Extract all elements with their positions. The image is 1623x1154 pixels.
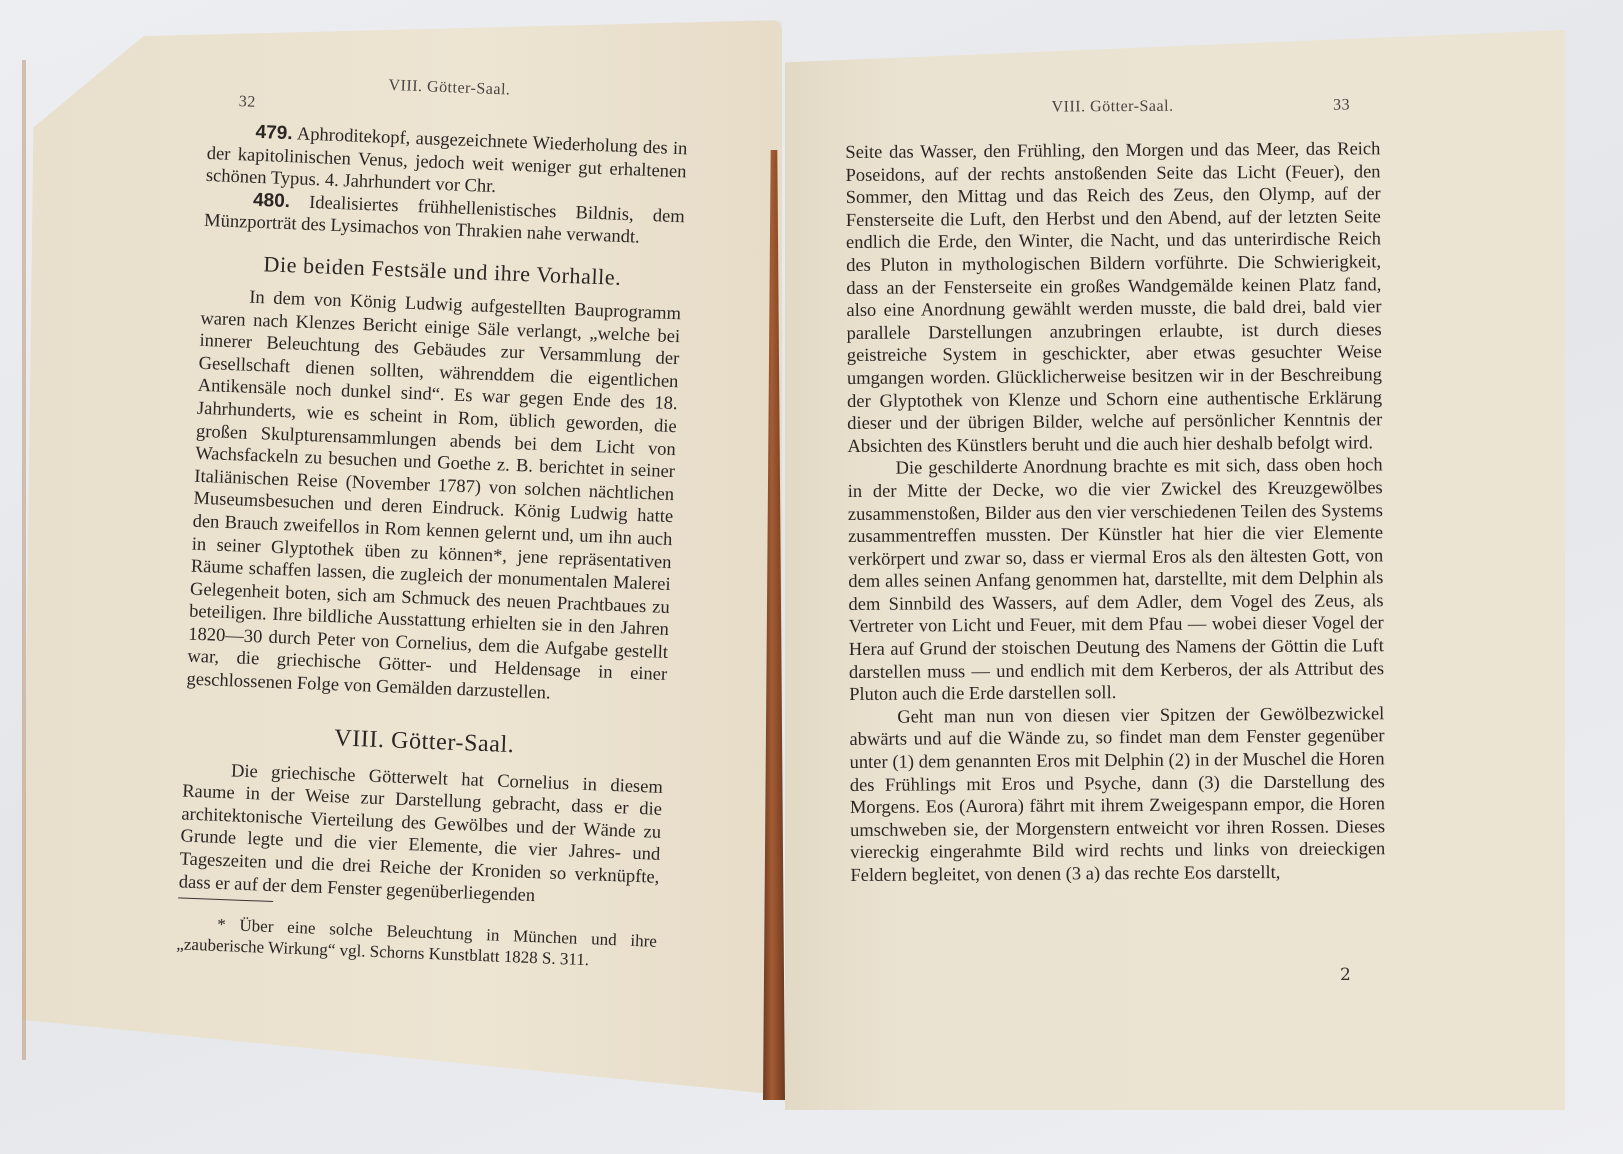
paragraph-3: Geht man nun von diesen vier Spitzen der… — [849, 703, 1385, 887]
running-head-text: VIII. Götter-Saal. — [1052, 98, 1174, 127]
right-page-text: VIII. Götter-Saal. 33 Seite das Wasser, … — [845, 96, 1385, 887]
section-paragraph: In dem von König Ludwig aufgestellten Ba… — [186, 285, 681, 710]
entry-number: 479. — [255, 122, 293, 144]
left-page-text: VIII. Götter-Saal. 32 479. Aphroditekopf… — [176, 70, 690, 973]
entry-number: 480. — [253, 190, 291, 212]
left-page-edge — [22, 60, 26, 1060]
running-head-right: VIII. Götter-Saal. 33 — [845, 96, 1380, 128]
paragraph-2: Die geschilderte Anordnung brachte es mi… — [848, 455, 1385, 707]
chapter-heading: VIII. Götter-Saal. — [184, 719, 665, 764]
paragraph-1: Seite das Wasser, den Frühling, den Morg… — [845, 138, 1382, 458]
page-number-right: 33 — [1333, 96, 1350, 114]
signature-mark: 2 — [1340, 965, 1351, 985]
running-head-text: VIII. Götter-Saal. — [388, 77, 511, 110]
footnote-rule — [178, 898, 273, 903]
page-number-left: 32 — [238, 93, 256, 112]
chapter-paragraph: Die griechische Götterwelt hat Cornelius… — [178, 758, 663, 912]
section-heading: Die beiden Festsäle und ihre Vorhalle. — [202, 249, 683, 293]
